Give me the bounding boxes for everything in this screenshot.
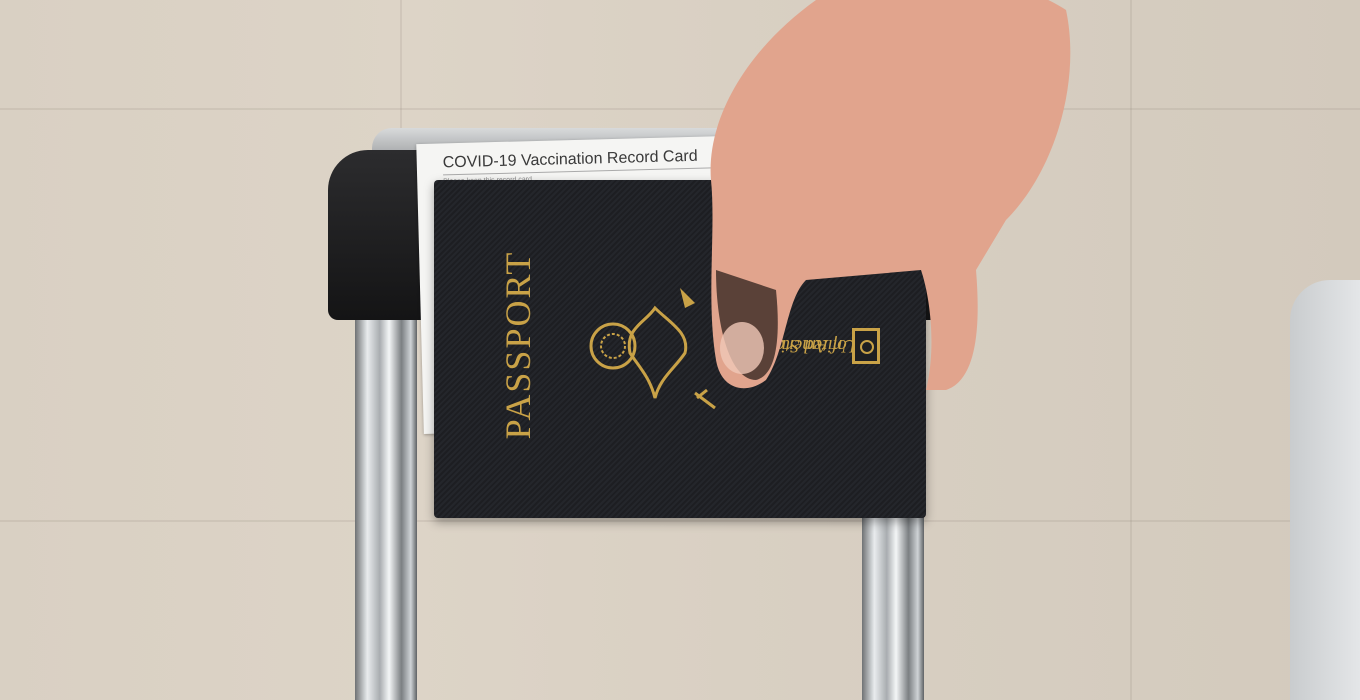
sleeve [1290, 280, 1360, 700]
passport-word: PASSPORT [497, 251, 539, 440]
wall-tile-seam [0, 520, 1360, 522]
passport-cover-title: PASSPORT [488, 245, 548, 445]
wall-tile-seam [1130, 0, 1132, 700]
luggage-pole-left [355, 300, 417, 700]
hand [676, 0, 1076, 400]
